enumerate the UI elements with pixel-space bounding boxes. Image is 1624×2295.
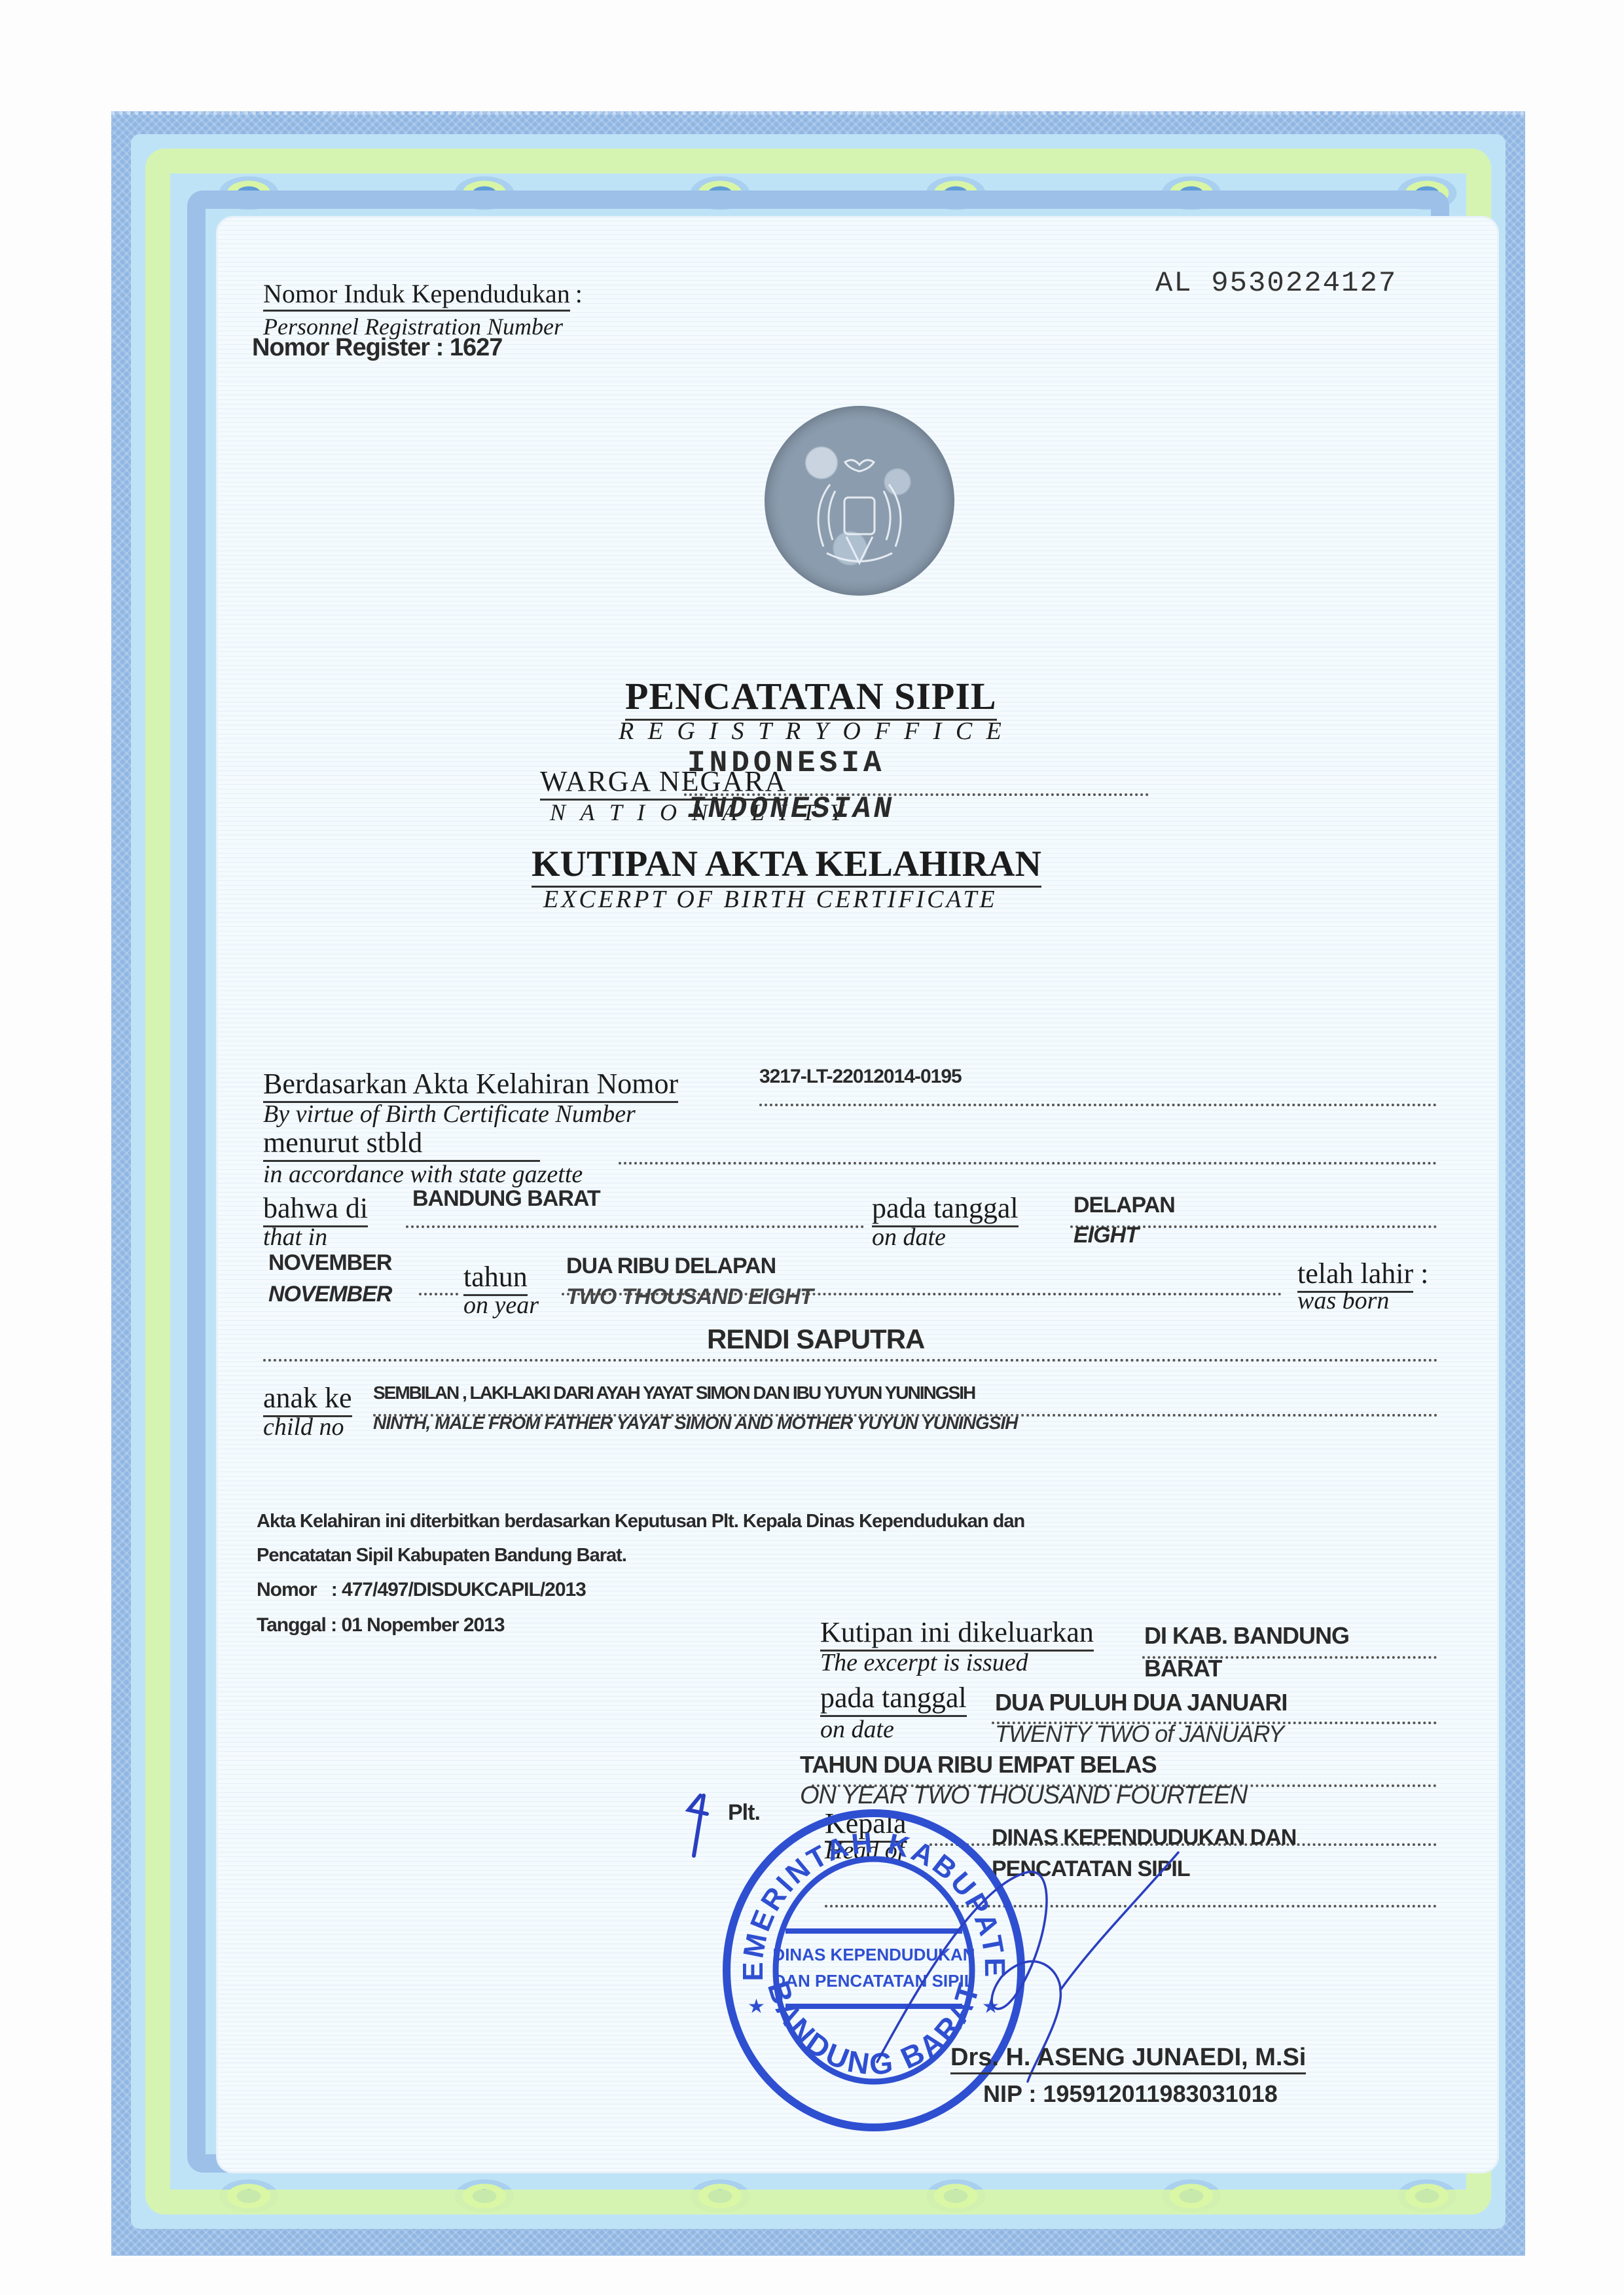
decree-line-1: Akta Kelahiran ini diterbitkan berdasark… xyxy=(257,1511,1024,1532)
issued-place-1: DI KAB. BANDUNG xyxy=(1144,1622,1349,1650)
child-no-label-en: child no xyxy=(263,1413,344,1441)
stbld-dotline xyxy=(619,1162,1437,1165)
year-label: tahun xyxy=(463,1260,528,1293)
month-value-en: NOVEMBER xyxy=(268,1282,391,1307)
child-no-value-en: NINTH, MALE FROM FATHER YAYAT SIMON AND … xyxy=(373,1413,1017,1434)
decree-date: Tanggal : 01 Nopember 2013 xyxy=(257,1614,505,1636)
register-number: Nomor Register : 1627 xyxy=(252,334,502,362)
official-name: Drs. H. ASENG JUNAEDI, M.Si xyxy=(950,2044,1306,2072)
year-value: DUA RIBU DELAPAN xyxy=(566,1254,776,1279)
stbld-label: menurut stbld xyxy=(263,1126,540,1159)
child-name: RENDI SAPUTRA xyxy=(707,1324,924,1355)
issued-place-2: BARAT xyxy=(1144,1655,1221,1682)
born-label: telah lahir : xyxy=(1297,1257,1428,1290)
date-label: pada tanggal xyxy=(872,1191,1019,1225)
place-label-en: that in xyxy=(263,1223,327,1252)
issue-date-label: pada tanggal xyxy=(820,1681,967,1714)
child-no-value: SEMBILAN , LAKI-LAKI DARI AYAH YAYAT SIM… xyxy=(373,1382,975,1403)
child-name-dotline xyxy=(263,1359,1438,1362)
document-title: KUTIPAN AKTA KELAHIRAN xyxy=(532,843,1041,885)
decree-line-2: Pencatatan Sipil Kabupaten Bandung Barat… xyxy=(257,1545,626,1566)
issue-date-label-en: on date xyxy=(820,1715,894,1744)
date-value: DELAPAN xyxy=(1074,1193,1175,1218)
place-dotline xyxy=(406,1225,864,1228)
office-title: PENCATATAN SIPIL xyxy=(625,674,997,718)
date-value-en: EIGHT xyxy=(1074,1223,1138,1248)
cert-no-label-en: By virtue of Birth Certificate Number xyxy=(263,1100,636,1129)
child-no-label: anak ke xyxy=(263,1381,352,1415)
issued-label-en: The excerpt is issued xyxy=(820,1648,1028,1677)
serial-number: AL 9530224127 xyxy=(1155,267,1397,300)
star-icon: ★ xyxy=(748,1996,765,2017)
place-value: BANDUNG BARAT xyxy=(412,1186,600,1212)
cert-no-value: 3217-LT-22012014-0195 xyxy=(759,1066,962,1088)
nik-label: Nomor Induk Kependudukan: xyxy=(263,278,583,309)
stbld-label-en: in accordance with state gazette xyxy=(263,1160,583,1189)
cert-no-label: Berdasarkan Akta Kelahiran Nomor xyxy=(263,1067,678,1100)
cert-no-dotline xyxy=(759,1104,1437,1106)
issued-label: Kutipan ini dikeluarkan xyxy=(820,1616,1094,1649)
issue-year-value: TAHUN DUA RIBU EMPAT BELAS xyxy=(800,1751,1157,1779)
garuda-emblem-icon xyxy=(765,406,954,596)
document-title-en: EXCERPT OF BIRTH CERTIFICATE xyxy=(543,885,998,914)
date-label-en: on date xyxy=(872,1223,946,1252)
issue-date-value: DUA PULUH DUA JANUARI xyxy=(995,1689,1287,1716)
nationality-value: INDONESIA xyxy=(687,746,885,780)
year-value-en: TWO THOUSAND EIGHT xyxy=(566,1284,813,1310)
nationality-value-en: INDONESIAN xyxy=(687,792,894,826)
decree-number: Nomor : 477/497/DISDUKCAPIL/2013 xyxy=(257,1579,586,1601)
office-title-en: R E G I S T R Y O F F I C E xyxy=(619,717,1005,746)
month-value: NOVEMBER xyxy=(268,1250,391,1276)
month-dotline xyxy=(419,1293,458,1295)
official-nip: NIP : 195912011983031018 xyxy=(983,2080,1278,2108)
born-label-en: was born xyxy=(1297,1286,1389,1315)
place-label: bahwa di xyxy=(263,1191,368,1225)
year-label-en: on year xyxy=(463,1291,539,1320)
issue-date-value-en: TWENTY TWO of JANUARY xyxy=(995,1720,1284,1748)
